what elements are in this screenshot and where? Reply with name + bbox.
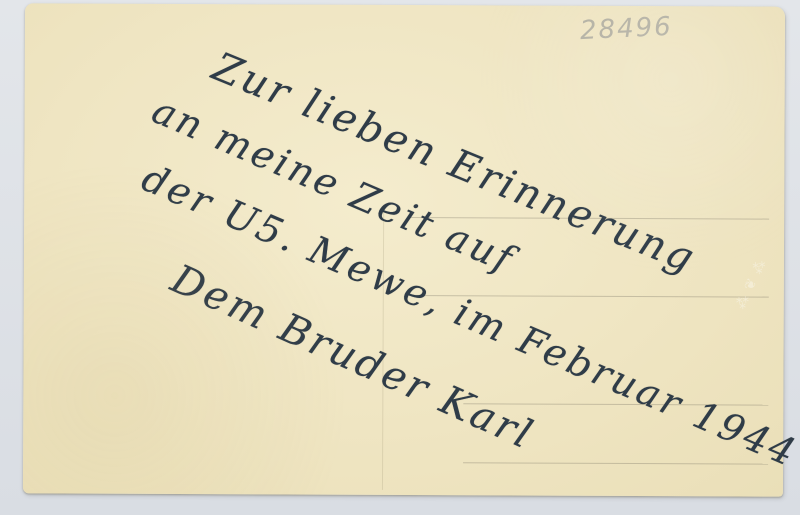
- faint-embossed-watermark: ⁂ ❦ ⁂: [733, 257, 770, 312]
- pencil-archive-number: 28496: [579, 12, 673, 46]
- photo-background: 28496 Zur lieben Erinnerung an meine Zei…: [0, 0, 800, 515]
- postcard: 28496 Zur lieben Erinnerung an meine Zei…: [23, 3, 785, 496]
- address-line-4: [463, 462, 768, 464]
